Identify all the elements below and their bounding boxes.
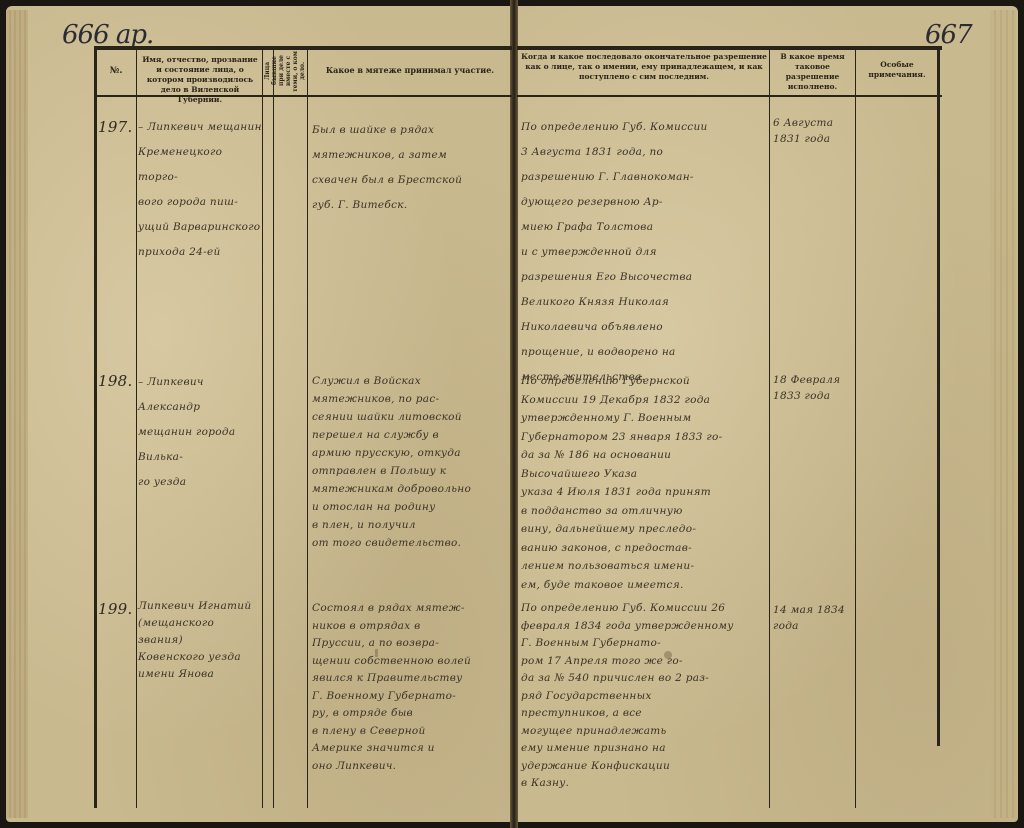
text-line: щении собственною волей [312,653,508,671]
text-line: ряд Государственных [521,688,767,706]
text-line: Липкевич Игнатий [138,598,262,615]
text-line: прихода 24-ей [138,240,262,265]
entry-executed: 18 Февраля 1833 года [773,372,855,404]
entry-number: 197. [98,118,133,136]
text-line: Был в шайке в рядах [312,118,508,143]
text-line: ванию законов, с предостав- [521,539,767,558]
text-line: Пруссии, а по возвра- [312,635,508,653]
header-resolution: Когда и какое последовало окончательное … [521,52,767,82]
text-line: мещанин города Вилька- [138,420,262,470]
text-line: 3 Августа 1831 года, по [521,140,767,165]
entry-resolution: По определению Губ. Комиссии 3 Августа 1… [521,115,767,390]
text-line: сеянии шайки литовской [312,408,508,426]
entry-number: 198. [98,372,133,390]
open-ledger-book: 666 ар. 667 №. Имя, отчество, прозвание … [0,0,1024,828]
text-line: Комиссии 19 Декабря 1832 года [521,391,767,410]
text-line: в плену в Северной [312,723,508,741]
text-line: имени Янова [138,666,262,683]
text-line: и с утвержденной для [521,240,767,265]
text-line: Состоял в рядах мятеж- [312,600,508,618]
text-line: миею Графа Толстова [521,215,767,240]
text-line: (мещанского звания) [138,615,262,649]
ink-stain [375,649,378,657]
text-line: могущее принадлежать [521,723,767,741]
text-line: дующего резервною Ар- [521,190,767,215]
text-line: от того свидетельство. [312,534,508,552]
text-line: вого города пиш- [138,190,262,215]
header-notes: Особые примечания. [858,60,936,80]
text-line: в подданство за отличную [521,502,767,521]
text-line: в Казну. [521,775,767,793]
text-line: вину, дальнейшему преследо- [521,520,767,539]
text-line: 6 Августа [773,115,855,131]
text-line: По определению Губернской [521,372,767,391]
text-line: года [773,618,855,634]
text-line: Николаевича объявлено [521,315,767,340]
text-line: Служил в Войсках [312,372,508,390]
col-rule [262,48,263,808]
header-name: Имя, отчество, прозвание и состояние лиц… [139,55,261,105]
text-line: указа 4 Июля 1831 года принят [521,483,767,502]
text-line: в плен, и получил [312,516,508,534]
col-rule [136,48,137,808]
text-line: Г. Военным Губернато- [521,635,767,653]
text-line: прощение, и водворено на [521,340,767,365]
text-line: ему имение признано на [521,740,767,758]
text-line: перешел на службу в [312,426,508,444]
text-line: Кременецкого торго- [138,140,262,190]
text-line: мятежников, по рас- [312,390,508,408]
text-line: ущий Варваринского [138,215,262,240]
text-line: ру, в отряде быв [312,705,508,723]
text-line: 18 Февраля [773,372,855,388]
entry-name: – Липкевич мещанин Кременецкого торго- в… [138,115,262,265]
right-page-edges [990,10,1016,818]
text-line: – Липкевич мещанин [138,115,262,140]
col-rule [273,48,274,808]
text-line: и отослан на родину [312,498,508,516]
col-rule [307,48,308,808]
text-line: армию прусскую, откуда [312,444,508,462]
right-border-rule [937,46,940,746]
ink-stain [664,651,672,659]
text-line: схвачен был в Брестской [312,168,508,193]
text-line: мятежникам добровольно [312,480,508,498]
entry-name: – Липкевич Александр мещанин города Виль… [138,370,262,495]
entry-resolution: По определению Губернской Комиссии 19 Де… [521,372,767,594]
text-line: оно Липкевич. [312,758,508,776]
text-line: губ. Г. Витебск. [312,193,508,218]
book-gutter [510,0,518,828]
entry-executed: 14 мая 1834 года [773,602,855,634]
entry-number: 199. [98,600,133,618]
text-line: По определению Губ. Комиссии 26 [521,600,767,618]
text-line: 1831 года [773,131,855,147]
text-line: Великого Князя Николая [521,290,767,315]
left-page-edges [6,10,28,818]
text-line: разрешению Г. Главнокоман- [521,165,767,190]
entry-participation: Служил в Войсках мятежников, по рас- сея… [312,372,508,552]
text-line: да за № 540 причислен во 2 раз- [521,670,767,688]
text-line: Г. Военному Губернато- [312,688,508,706]
header-participation: Какое в мятеже принимал участие. [312,65,508,75]
text-line: ем, буде таковое имеется. [521,576,767,595]
text-line: лением пользоваться имени- [521,557,767,576]
text-line: – Липкевич Александр [138,370,262,420]
text-line: Губернатором 23 января 1833 го- [521,428,767,447]
col-rule [769,48,770,808]
text-line: отправлен в Польшу к [312,462,508,480]
entry-participation: Был в шайке в рядах мятежников, а затем … [312,118,508,218]
text-line: мятежников, а затем [312,143,508,168]
text-line: 1833 года [773,388,855,404]
text-line: го уезда [138,470,262,495]
text-line: удержание Конфискации [521,758,767,776]
text-line: По определению Губ. Комиссии [521,115,767,140]
entry-resolution: По определению Губ. Комиссии 26 февраля … [521,600,767,793]
entry-participation: Состоял в рядах мятеж- ников в отрядах в… [312,600,508,775]
right-header-bottom-rule [517,95,942,97]
text-line: ников в отрядах в [312,618,508,636]
col-rule [855,48,856,808]
text-line: Америке значится и [312,740,508,758]
text-line: 14 мая 1834 [773,602,855,618]
entry-name: Липкевич Игнатий (мещанского звания) Ков… [138,598,262,683]
text-line: Высочайшего Указа [521,465,767,484]
text-line: да за № 186 на основании [521,446,767,465]
right-top-rule [517,46,942,50]
text-line: утвержденному Г. Военным [521,409,767,428]
entry-executed: 6 Августа 1831 года [773,115,855,147]
text-line: явился к Правительству [312,670,508,688]
left-border-rule [94,46,97,808]
text-line: ром 17 Апреля того же го- [521,653,767,671]
header-where: Лица бывшие при деле вместе с теми, о ко… [264,50,304,92]
text-line: Ковенского уезда [138,649,262,666]
text-line: февраля 1834 года утвержденному [521,618,767,636]
header-number: №. [98,66,134,76]
text-line: разрешения Его Высочества [521,265,767,290]
header-executed: В какое время таковое разрешение исполне… [771,52,854,92]
text-line: преступников, а все [521,705,767,723]
